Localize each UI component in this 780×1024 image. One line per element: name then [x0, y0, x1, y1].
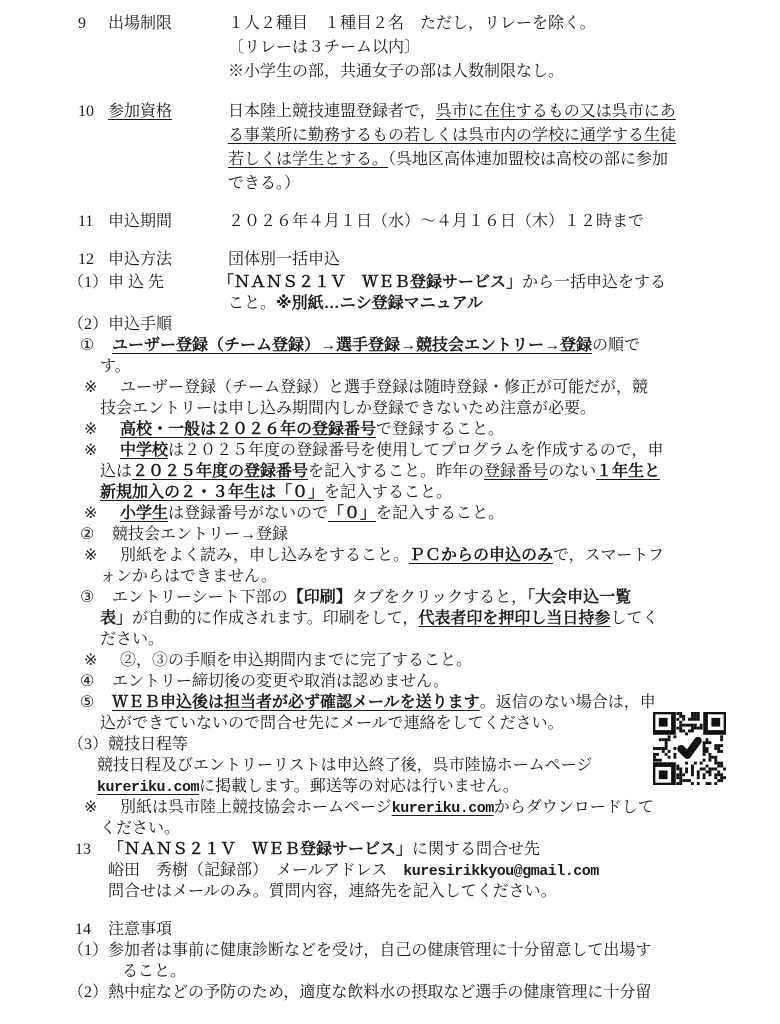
text-segment: を記入すること。: [376, 505, 504, 522]
doc-line: 表」が自動的に作成されます。印刷をして，代表者印を押印し当日持参してく: [0, 608, 780, 629]
doc-line: ※ユーザー登録（チーム登録）と選手登録は随時登録・修正が可能だが，競: [0, 377, 780, 398]
doc-line: 若しくは学生とする。（呉地区高体連加盟校は高校の部に参加: [0, 148, 780, 172]
document-page: 9出場制限１人２種目 １種目２名 ただし，リレーを除く。〔リレーは３チーム以内〕…: [0, 0, 780, 1024]
text-segment: 10: [78, 100, 108, 124]
text-segment: 申込方法: [108, 248, 228, 272]
text-segment: ②: [80, 524, 112, 545]
text-segment: す。: [100, 358, 131, 375]
doc-line: ※小学生の部，共通女子の部は人数制限なし。: [0, 60, 780, 84]
text-segment: が自動的に作成されます。印刷をして，: [132, 610, 418, 627]
text-segment: から一括申込をする: [522, 274, 666, 291]
text-segment: ォンからはできません。: [100, 568, 277, 585]
doc-line: 10参加資格日本陸上競技連盟登録者で，呉市に在住するもの又は呉市にあ: [0, 100, 780, 124]
doc-line: ⑤ＷＥＢ申込後は担当者が必ず確認メールを送ります。返信のない場合は，申: [0, 692, 780, 713]
text-segment: ※: [84, 503, 120, 524]
doc-line: （1）申 込 先「ＮＡＮＳ２１Ｖ ＷＥＢ登録サービス」から一括申込をする: [0, 272, 780, 293]
text-segment: 込ができていないので問合せ先にメールで連絡をしてください。: [100, 715, 564, 732]
text-segment: 申込期間: [108, 210, 228, 234]
doc-line: 技会エントリーは申し込み期間内しか登録できないため注意が必要。: [0, 398, 780, 419]
doc-line: （2）熱中症などの予防のため，適度な飲料水の摂取など選手の健康管理に十分留: [0, 982, 780, 1003]
text-segment: 11: [78, 210, 108, 234]
text-segment: 。返信のない場合は，申: [480, 694, 656, 711]
text-segment: ※小学生の部，共通女子の部は人数制限なし。: [228, 63, 564, 80]
text-segment: （2）申込手順: [68, 316, 172, 333]
text-segment: エントリーシート下部の: [112, 589, 288, 606]
text-segment: ※: [84, 797, 120, 818]
text-segment: ①: [80, 335, 112, 356]
text-segment: 「ＮＡＮＳ２１Ｖ ＷＥＢ登録サービス」: [218, 274, 522, 291]
doc-line: （1）参加者は事前に健康診断などを受け，自己の健康管理に十分留意して出場す: [0, 940, 780, 961]
text-segment: ※: [84, 440, 120, 461]
text-segment: 込は: [100, 463, 132, 480]
text-segment: 団体別一括申込: [228, 251, 340, 268]
text-segment: （呉地区高体連加盟校は高校の部に参加: [388, 151, 668, 168]
text-segment: ※: [84, 650, 120, 671]
text-segment: ※別紙…ニシ登録マニュアル: [276, 295, 483, 312]
document-body: 9出場制限１人２種目 １種目２名 ただし，リレーを除く。〔リレーは３チーム以内〕…: [0, 0, 780, 1024]
text-segment: 峪田 秀樹（記録部） メールアドレス: [108, 862, 403, 879]
text-segment: してく: [610, 610, 658, 627]
text-segment: 別紙をよく読み，申し込みをすること。: [120, 547, 409, 564]
text-segment: 別紙は呉市陸上競技協会ホームページ: [120, 799, 392, 816]
doc-line: 9出場制限１人２種目 １種目２名 ただし，リレーを除く。: [0, 12, 780, 36]
text-segment: 〔リレーは３チーム以内〕: [228, 39, 420, 56]
text-segment: で，スマートフ: [553, 547, 664, 564]
text-segment: こと。: [228, 295, 276, 312]
text-segment: 中学校: [120, 442, 168, 459]
text-segment: からダウンロードして: [494, 799, 654, 816]
doc-line: 問合せはメールのみ。質問内容，連絡先を記入してください。: [0, 881, 780, 902]
text-segment: ※: [84, 377, 120, 398]
text-segment: （1）申 込 先: [68, 272, 218, 293]
doc-line: 13「ＮＡＮＳ２１Ｖ ＷＥＢ登録サービス」に関する問合せ先: [0, 839, 780, 860]
doc-line: ださい。: [0, 629, 780, 650]
doc-line: 〔リレーは３チーム以内〕: [0, 36, 780, 60]
text-segment: １人２種目 １種目２名 ただし，リレーを除く。: [228, 15, 596, 32]
doc-line: できる。）: [0, 172, 780, 196]
text-segment: 9: [78, 12, 108, 36]
text-segment: で登録すること。: [376, 421, 504, 438]
text-segment: ④: [80, 671, 112, 692]
text-segment: ユーザー登録（チーム登録）と選手登録は随時登録・修正が可能だが，競: [120, 379, 648, 396]
text-segment: は登録番号がないので: [168, 505, 328, 522]
doc-line: 14注意事項: [0, 919, 780, 940]
text-segment: 【印刷】: [288, 589, 352, 606]
doc-line: 峪田 秀樹（記録部） メールアドレス kuresirikkyou@gmail.c…: [0, 860, 780, 881]
text-segment: 登録番号: [484, 463, 548, 480]
text-segment: ください。: [100, 820, 180, 837]
text-segment: の順で: [592, 337, 640, 354]
text-segment: 競技会エントリー→登録: [112, 526, 288, 543]
text-segment: 13: [75, 839, 108, 860]
doc-line: ※中学校は２０２５年度の登録番号を使用してプログラムを作成するので，申: [0, 440, 780, 461]
text-segment: ださい。: [100, 631, 164, 648]
text-segment: 注意事項: [108, 921, 172, 938]
doc-line: ④エントリー締切後の変更や取消は認めません。: [0, 671, 780, 692]
doc-line: ※別紙をよく読み，申し込みをすること。ＰＣからの申込のみで，スマートフ: [0, 545, 780, 566]
doc-line: ③エントリーシート下部の【印刷】タブをクリックすると，「大会申込一覧: [0, 587, 780, 608]
text-segment: ②，③の手順を申込期間内までに完了すること。: [120, 652, 472, 669]
doc-line: 11申込期間２０２６年４月１日（水）～４月１６日（木）１２時まで: [0, 210, 780, 234]
text-segment: ユーザー登録（チーム登録）→選手登録→競技会エントリー→登録: [112, 337, 592, 354]
text-segment: ＷＥＢ申込後は担当者が必ず確認メールを送ります: [112, 694, 480, 711]
qr-code: [653, 712, 726, 785]
doc-line: こと。※別紙…ニシ登録マニュアル: [0, 293, 780, 314]
text-segment: る事業所に勤務するもの若しくは呉市内の学校に通学する生徒: [228, 127, 676, 144]
doc-line: ※小学生は登録番号がないので「０」を記入すること。: [0, 503, 780, 524]
text-segment: 表」: [100, 610, 132, 627]
text-segment: 競技日程及びエントリーリストは申込終了後，呉市陸協ホームページ: [97, 757, 592, 774]
text-segment: 高校・一般は２０２６年の登録番号: [120, 421, 376, 438]
text-segment: 技会エントリーは申し込み期間内しか登録できないため注意が必要。: [100, 400, 596, 417]
text-segment: ※: [84, 545, 120, 566]
doc-line: ②競技会エントリー→登録: [0, 524, 780, 545]
text-segment: 「ＮＡＮＳ２１Ｖ ＷＥＢ登録サービス」: [108, 841, 412, 858]
text-segment: 日本陸上競技連盟登録者で，: [228, 103, 436, 120]
doc-line: る事業所に勤務するもの若しくは呉市内の学校に通学する生徒: [0, 124, 780, 148]
text-segment: 呉市に在住するもの又は呉市にあ: [436, 103, 676, 120]
text-segment: エントリー締切後の変更や取消は認めません。: [112, 673, 449, 690]
text-segment: 若しくは学生とする。: [228, 151, 388, 168]
doc-line: ること。: [0, 961, 780, 982]
doc-line: 込は２０２５年度の登録番号を記入すること。昨年の登録番号のない１年生と: [0, 461, 780, 482]
text-segment: 12: [78, 248, 108, 272]
text-segment: 「大会申込一覧: [527, 589, 631, 606]
text-segment: 「０」: [328, 505, 376, 522]
doc-line: す。: [0, 356, 780, 377]
text-segment: ２０２６年４月１日（水）～４月１６日（木）１２時まで: [228, 213, 644, 230]
text-segment: 新規加入の２・３年生は「０」: [100, 484, 324, 501]
text-segment: 出場制限: [108, 12, 228, 36]
text-segment: できる。）: [228, 175, 300, 192]
text-segment: を記入すること。: [324, 484, 452, 501]
text-segment: ること。: [122, 963, 186, 980]
doc-text-latin: kuresirikkyou@gmail.com: [403, 863, 599, 880]
doc-line: ①ユーザー登録（チーム登録）→選手登録→競技会エントリー→登録の順で: [0, 335, 780, 356]
doc-line: ※高校・一般は２０２６年の登録番号で登録すること。: [0, 419, 780, 440]
doc-line: 新規加入の２・３年生は「０」を記入すること。: [0, 482, 780, 503]
text-segment: （3）競技日程等: [68, 736, 188, 753]
doc-text-latin: kureriku.com: [392, 800, 494, 817]
doc-line: （2）申込手順: [0, 314, 780, 335]
text-segment: 小学生: [120, 505, 168, 522]
text-segment: に関する問合せ先: [412, 841, 540, 858]
text-segment: タブをクリックすると，: [352, 589, 527, 606]
text-segment: ③: [80, 587, 112, 608]
text-segment: 14: [75, 919, 108, 940]
check-icon: [681, 741, 698, 756]
text-segment: を記入すること。昨年の: [308, 463, 484, 480]
text-segment: 代表者印を押印し当日持参: [418, 610, 610, 627]
doc-line: ください。: [0, 818, 780, 839]
text-segment: ※: [84, 419, 120, 440]
doc-line: 12申込方法団体別一括申込: [0, 248, 780, 272]
doc-line: ※別紙は呉市陸上競技協会ホームページkureriku.comからダウンロードして: [0, 797, 780, 818]
text-segment: ＰＣからの申込のみ: [409, 547, 553, 564]
text-segment: 参加資格: [108, 100, 228, 124]
doc-text-latin: kureriku.com: [97, 779, 199, 796]
doc-line: ※②，③の手順を申込期間内までに完了すること。: [0, 650, 780, 671]
text-segment: のない: [548, 463, 596, 480]
text-segment: ⑤: [80, 692, 112, 713]
text-segment: （2）熱中症などの予防のため，適度な飲料水の摂取など選手の健康管理に十分留: [68, 984, 651, 1001]
text-segment: ２０２５年度の登録番号: [132, 463, 308, 480]
text-segment: は２０２５年度の登録番号を使用してプログラムを作成するので，申: [168, 442, 664, 459]
text-segment: 問合せはメールのみ。質問内容，連絡先を記入してください。: [108, 883, 557, 900]
text-segment: （1）参加者は事前に健康診断などを受け，自己の健康管理に十分留意して出場す: [68, 942, 651, 959]
text-segment: に掲載します。郵送等の対応は行いません。: [199, 778, 519, 795]
text-segment: １年生と: [596, 463, 660, 480]
doc-line: ォンからはできません。: [0, 566, 780, 587]
